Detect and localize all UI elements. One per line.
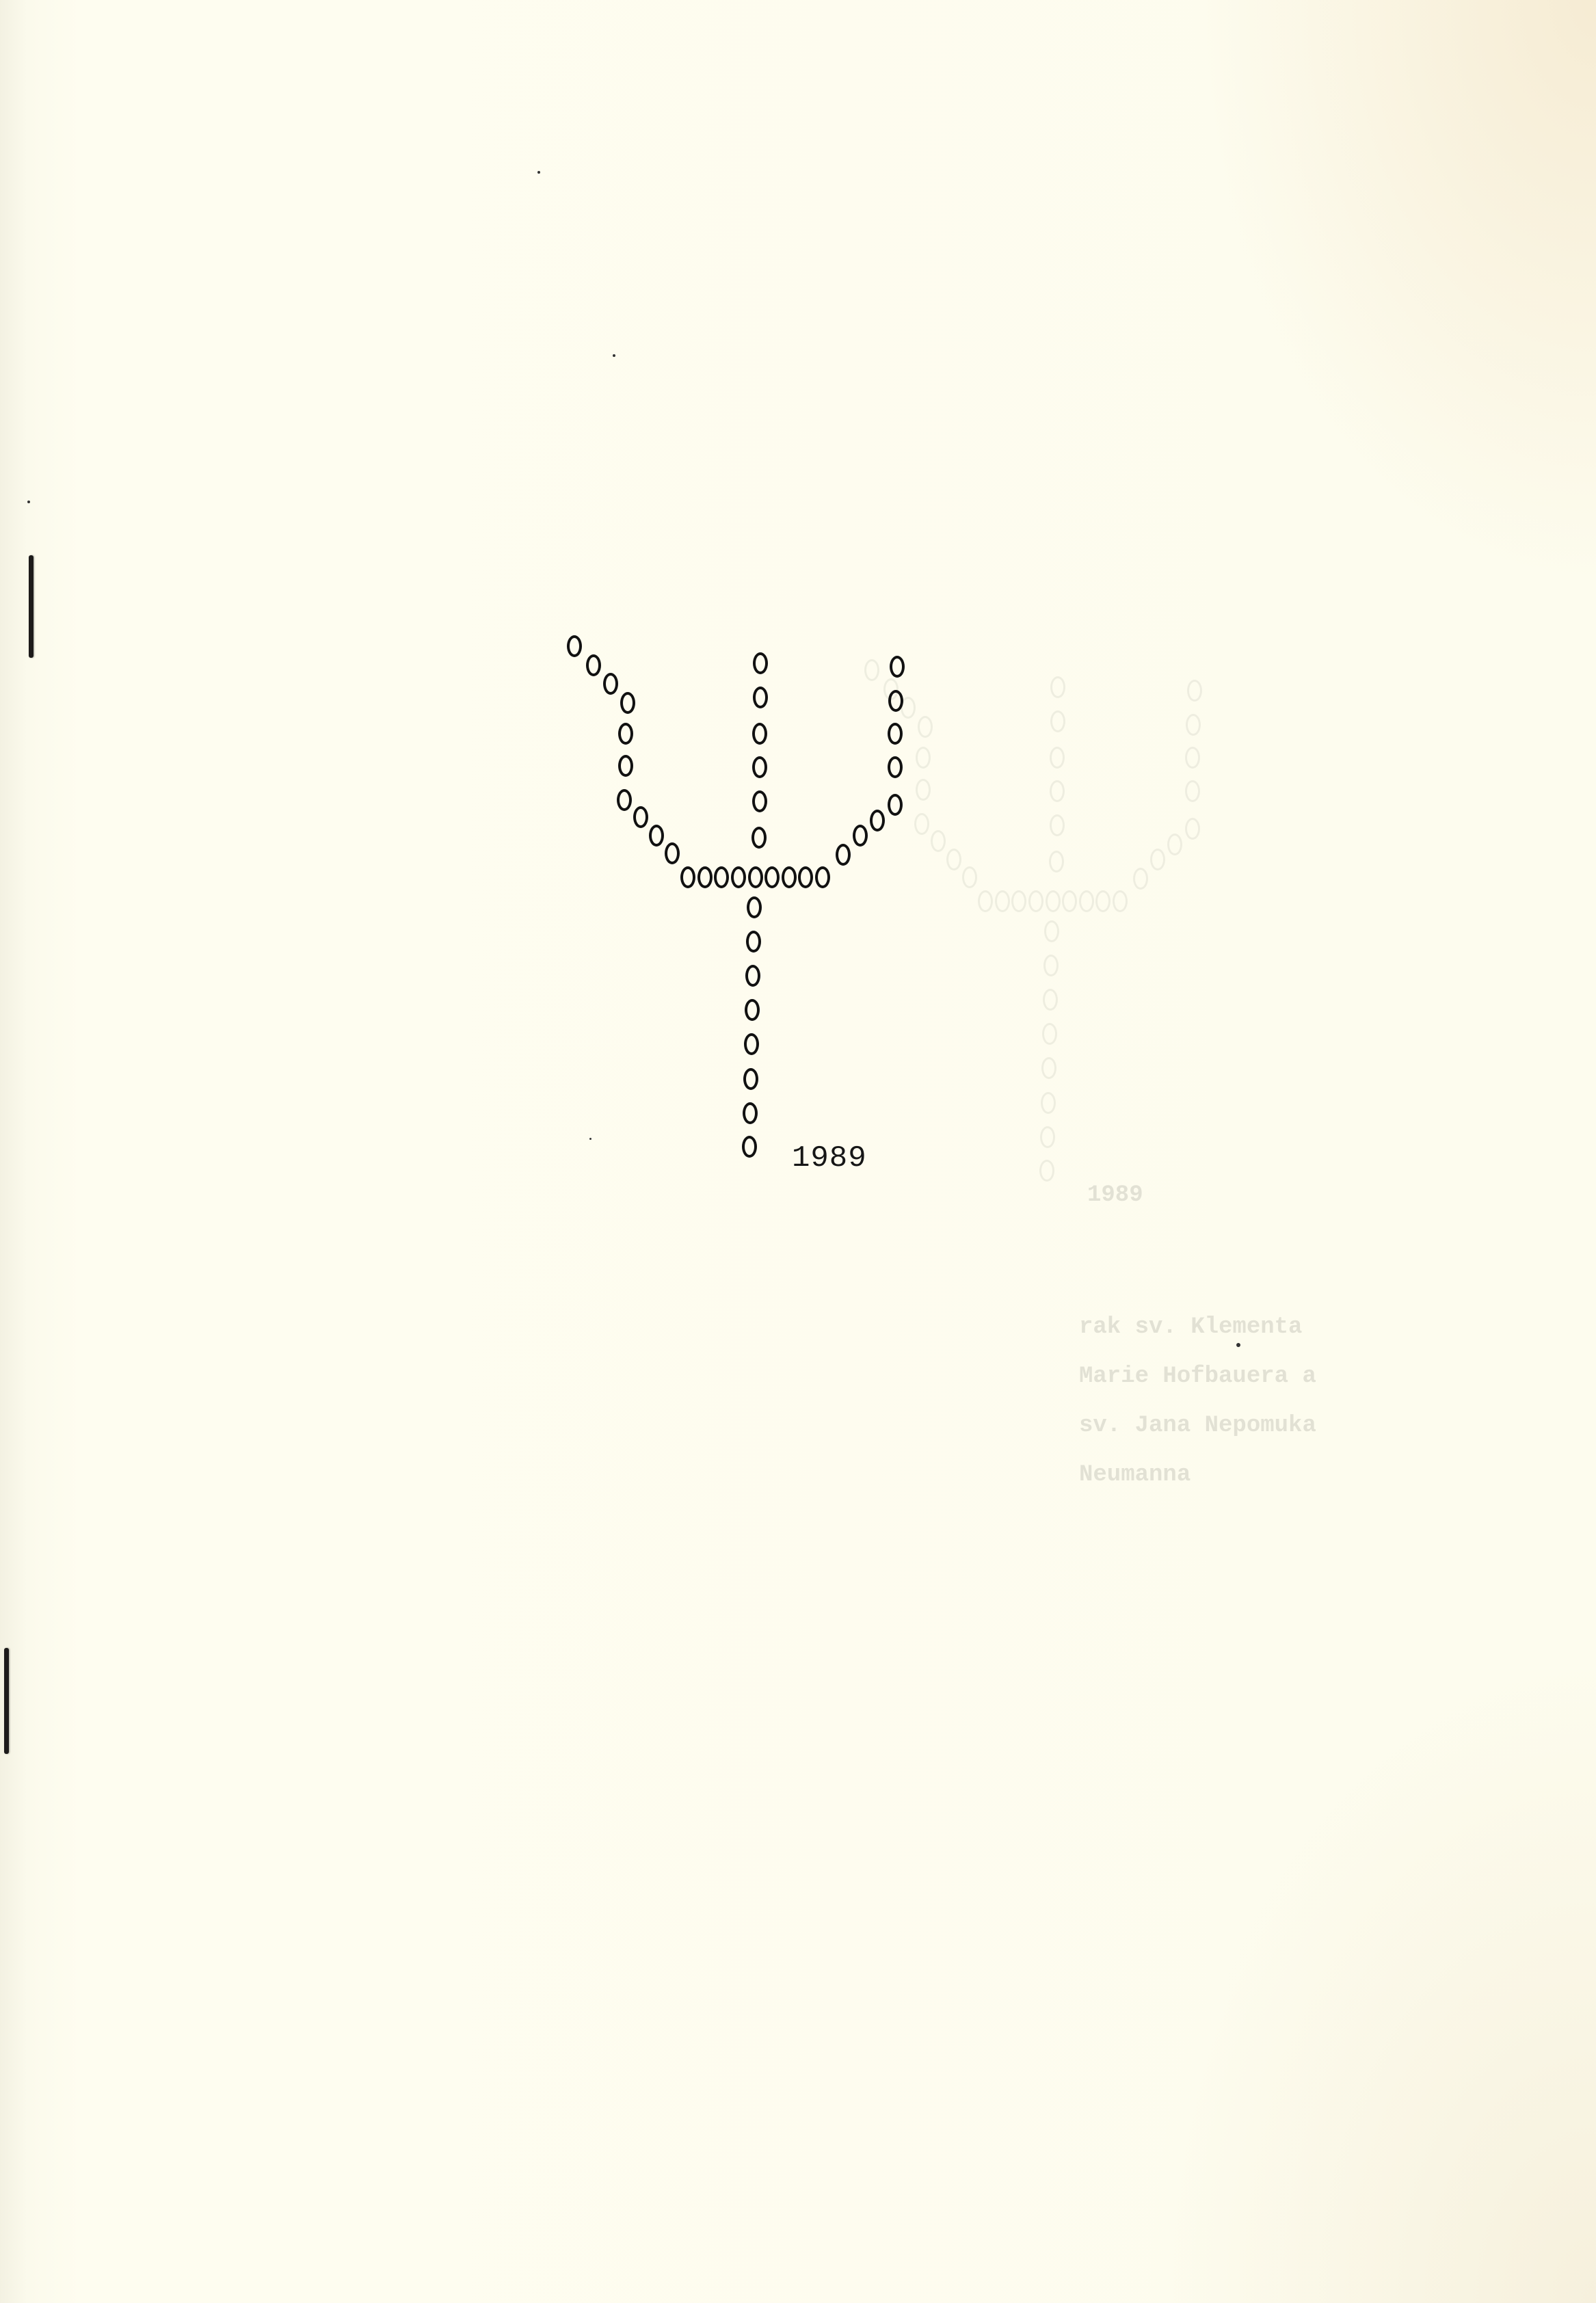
typewriter-o-glyph bbox=[753, 652, 768, 674]
bleed-through-year: 1989 bbox=[1087, 1171, 1143, 1220]
bleed-o-glyph bbox=[1050, 780, 1065, 802]
staple-top bbox=[29, 555, 34, 658]
speck bbox=[537, 171, 540, 174]
typewriter-o-glyph bbox=[743, 1068, 758, 1090]
typewriter-o-glyph bbox=[752, 723, 767, 745]
typewriter-o-glyph bbox=[618, 723, 633, 745]
bleed-o-glyph bbox=[1040, 1126, 1055, 1148]
typewriter-o-glyph bbox=[836, 844, 851, 866]
typewriter-o-glyph bbox=[748, 866, 763, 888]
speck bbox=[589, 1138, 591, 1140]
typewriter-o-glyph bbox=[747, 896, 762, 918]
bleed-o-glyph bbox=[1062, 890, 1077, 912]
bleed-o-glyph bbox=[1150, 849, 1165, 870]
typewriter-o-glyph bbox=[745, 999, 760, 1021]
typewriter-o-glyph bbox=[567, 635, 582, 657]
bleed-o-glyph bbox=[1187, 680, 1202, 702]
bleed-o-glyph bbox=[1042, 1023, 1057, 1045]
bleed-o-glyph bbox=[1039, 1160, 1054, 1182]
bleed-o-glyph bbox=[1043, 955, 1059, 976]
typewriter-o-glyph bbox=[731, 866, 746, 888]
bleed-o-glyph bbox=[1011, 890, 1026, 912]
bleed-o-glyph bbox=[946, 849, 961, 870]
typewriter-o-glyph bbox=[782, 866, 797, 888]
typewriter-o-glyph bbox=[620, 692, 635, 714]
typewriter-o-glyph bbox=[743, 1102, 758, 1124]
typewriter-o-glyph bbox=[815, 866, 830, 888]
bleed-o-glyph bbox=[931, 830, 946, 852]
typewriter-o-glyph bbox=[649, 825, 664, 847]
bleed-o-glyph bbox=[864, 659, 879, 681]
typewriter-o-glyph bbox=[853, 825, 868, 847]
typewriter-o-glyph bbox=[742, 1136, 757, 1158]
bleed-o-glyph bbox=[916, 779, 931, 801]
bleed-line-1: rak sv. Klementa bbox=[1079, 1303, 1316, 1352]
bleed-o-glyph bbox=[1028, 890, 1043, 912]
bleed-o-glyph bbox=[962, 866, 977, 888]
bleed-o-glyph bbox=[1186, 714, 1201, 736]
typewriter-o-glyph bbox=[888, 723, 903, 745]
typewriter-o-glyph bbox=[870, 810, 885, 831]
typewriter-o-glyph bbox=[764, 866, 780, 888]
bleed-o-glyph bbox=[1050, 676, 1065, 698]
typewriter-o-glyph bbox=[888, 756, 903, 778]
bleed-o-glyph bbox=[1041, 1092, 1056, 1114]
typewriter-o-glyph bbox=[586, 654, 601, 676]
bleed-line-2: Marie Hofbauera a bbox=[1079, 1352, 1316, 1401]
typewriter-o-glyph bbox=[890, 656, 905, 678]
speck bbox=[27, 501, 30, 503]
bleed-o-glyph bbox=[1046, 890, 1061, 912]
typewriter-o-glyph bbox=[888, 794, 903, 816]
bleed-o-glyph bbox=[1095, 890, 1110, 912]
typewriter-o-glyph bbox=[618, 755, 633, 777]
typewriter-o-glyph bbox=[617, 789, 632, 811]
bleed-o-glyph bbox=[1113, 890, 1128, 912]
bleed-through-caption: rak sv. Klementa Marie Hofbauera a sv. J… bbox=[1079, 1303, 1316, 1500]
typewriter-o-glyph bbox=[752, 790, 767, 812]
bleed-o-glyph bbox=[1050, 814, 1065, 836]
bleed-line-4: Neumanna bbox=[1079, 1450, 1316, 1500]
typewriter-o-glyph bbox=[753, 687, 768, 708]
bleed-o-glyph bbox=[914, 813, 929, 835]
bleed-o-glyph bbox=[1133, 868, 1148, 890]
typewriter-o-glyph bbox=[752, 756, 767, 778]
bleed-o-glyph bbox=[1050, 710, 1065, 732]
typewriter-o-glyph bbox=[745, 965, 760, 987]
typewriter-o-glyph bbox=[752, 827, 767, 849]
bleed-o-glyph bbox=[1043, 989, 1058, 1011]
bleed-line-3: sv. Jana Nepomuka bbox=[1079, 1401, 1316, 1450]
speck bbox=[1236, 1343, 1240, 1347]
typewriter-o-glyph bbox=[680, 866, 695, 888]
bleed-o-glyph bbox=[995, 890, 1010, 912]
bleed-o-glyph bbox=[1044, 920, 1059, 942]
staple-bottom bbox=[4, 1648, 9, 1754]
typewriter-o-glyph bbox=[603, 673, 618, 695]
bleed-o-glyph bbox=[1049, 851, 1064, 873]
bleed-o-glyph bbox=[1185, 818, 1200, 840]
typewriter-o-glyph bbox=[888, 690, 903, 712]
bleed-o-glyph bbox=[916, 747, 931, 769]
bleed-o-glyph bbox=[1185, 780, 1200, 802]
bleed-o-glyph bbox=[1041, 1057, 1056, 1079]
typewriter-o-glyph bbox=[633, 806, 648, 828]
typewriter-o-glyph bbox=[714, 866, 729, 888]
bleed-o-glyph bbox=[978, 890, 993, 912]
bleed-o-glyph bbox=[1167, 834, 1182, 855]
typewriter-o-glyph bbox=[665, 842, 680, 864]
bleed-o-glyph bbox=[1050, 747, 1065, 769]
typewriter-o-glyph bbox=[697, 866, 713, 888]
speck bbox=[613, 354, 615, 357]
bleed-o-glyph bbox=[1185, 747, 1200, 769]
bleed-o-glyph bbox=[918, 716, 933, 738]
bleed-o-glyph bbox=[1079, 890, 1094, 912]
typewriter-o-glyph bbox=[798, 866, 813, 888]
typewriter-o-glyph bbox=[744, 1033, 759, 1055]
typewriter-o-glyph bbox=[746, 931, 761, 953]
year-label: 1989 bbox=[792, 1143, 867, 1173]
